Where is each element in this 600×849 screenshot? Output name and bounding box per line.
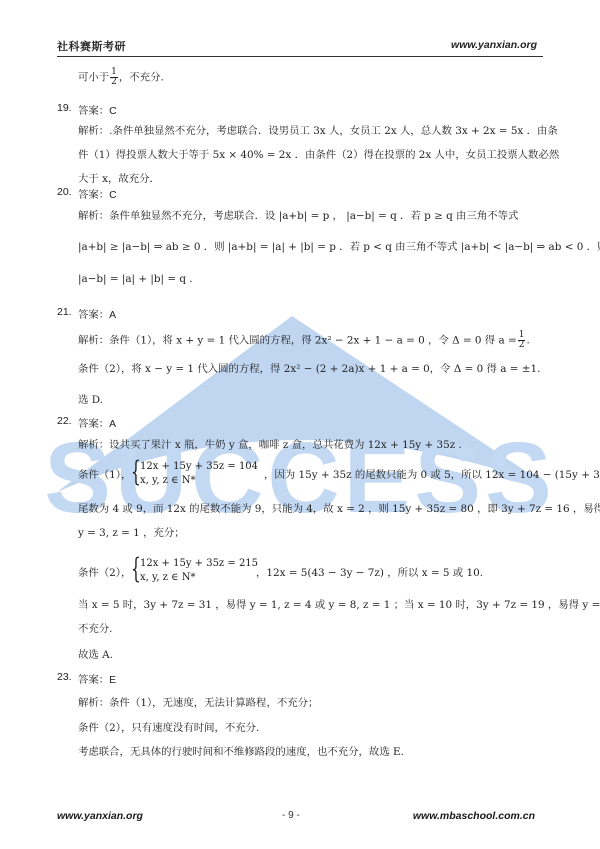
answer-value: A (109, 419, 116, 430)
fraction-one-half: 12 (110, 68, 118, 87)
continuation-prefix: 可小于 (78, 72, 109, 84)
explanation-line: 不充分. (78, 622, 112, 636)
equation-system-2: 12x + 15y + 35z = 215 x, y, z ∈ N* (140, 557, 258, 585)
question-number: 23. (57, 671, 72, 683)
fraction-one-half: 12 (518, 331, 526, 350)
footer-right-url[interactable]: www.mbaschool.com.cn (413, 810, 535, 822)
explanation-line: 考虑联合，无具体的行驶时间和不维修路段的速度，也不充分，故选 E. (78, 745, 404, 759)
document-page: SUCCESS 社科赛斯考研 www.yanxian.org 可小于12，不充分… (0, 0, 600, 849)
question-number: 22. (57, 415, 72, 427)
answer-line: 答案：C (78, 186, 117, 201)
explanation-line: 解析：条件（1），无速度，无法计算路程，不充分； (78, 696, 318, 710)
answer-line: 答案：A (78, 415, 116, 430)
explanation-line: 解析：.条件单独显然不充分，考虑联合．设男员工 3x 人，女员工 2x 人，总人… (78, 124, 558, 138)
explanation-line: 条件（2），将 x − y = 1 代入圆的方程，得 2x² − (2 + 2a… (78, 362, 540, 376)
explanation-line: 当 x = 5 时，3y + 7z = 31 ，易得 y = 1, z = 4 … (78, 598, 600, 612)
explanation-line: 件（1）得投票人数大于等于 5x × 40% = 2x ．由条件（2）得在投票的… (78, 148, 559, 162)
footer-left-url[interactable]: www.yanxian.org (57, 810, 143, 822)
answer-line: 答案：A (78, 306, 116, 321)
continuation-line: 可小于12，不充分. (78, 68, 164, 87)
explanation-line: 大于 x，故充分． (78, 172, 160, 186)
answer-value: E (109, 675, 116, 686)
answer-value: A (109, 310, 116, 321)
explanation-line: 解析：条件单独显然不充分，考虑联合．设 |a+b| = p ， |a−b| = … (78, 209, 518, 223)
answer-value: C (109, 190, 117, 201)
explanation-line: 故选 A. (78, 648, 113, 662)
explanation-line: 尾数为 4 或 9，而 12x 的尾数不能为 9，只能为 4，故 x = 2 ，… (78, 502, 600, 516)
answer-line: 答案：E (78, 671, 116, 686)
condition-2-label: 条件（2）， (78, 566, 131, 580)
explanation-line: y = 3, z = 1 ，充分； (78, 526, 185, 540)
page-footer: www.yanxian.org - 9 - www.mbaschool.com.… (57, 810, 543, 824)
explanation-line: 解析：条件（1），将 x + y = 1 代入圆的方程，得 2x² − 2x +… (78, 331, 530, 350)
question-number: 20. (57, 186, 72, 198)
header-url[interactable]: www.yanxian.org (451, 39, 537, 51)
answer-line: 答案：C (78, 102, 117, 117)
answer-value: C (109, 106, 117, 117)
page-header: 社科赛斯考研 www.yanxian.org (57, 36, 543, 57)
condition-1-label: 条件（1）， (78, 468, 131, 482)
question-number: 19. (57, 102, 72, 114)
explanation-line: |a+b| ≥ |a−b| ⇒ ab ≥ 0 ．则 |a+b| = |a| + … (78, 240, 600, 254)
explanation-line: 条件（2），只有速度没有时间，不充分. (78, 721, 259, 735)
explanation-line: 选 D. (78, 393, 103, 407)
header-title: 社科赛斯考研 (57, 38, 126, 54)
continuation-suffix: ，不充分. (119, 72, 164, 84)
explanation-line: |a−b| = |a| + |b| = q . (78, 272, 193, 286)
equation-system-1: 12x + 15y + 35z = 104 x, y, z ∈ N* (140, 460, 258, 488)
question-number: 21. (57, 306, 72, 318)
explanation-line: ，12x = 5(43 − 3y − 7z) ，所以 x = 5 或 10. (256, 566, 483, 580)
explanation-line: ，因为 15y + 35z 的尾数只能为 0 或 5，所以 12x = 104 … (264, 468, 600, 482)
explanation-line: 解析：设共买了果汁 x 瓶，牛奶 y 盒，咖啡 z 盒，总共花费为 12x + … (78, 438, 462, 452)
page-number: - 9 - (282, 810, 300, 821)
